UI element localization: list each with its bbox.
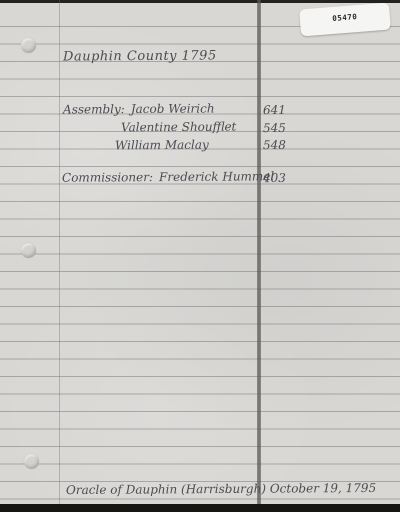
punch-hole (21, 38, 36, 53)
ruled-lines (0, 26, 400, 505)
entry-name: Frederick Hummel (159, 168, 274, 185)
entry-name: William Maclay (115, 137, 209, 154)
commissioner-row: Commissioner: Frederick Hummel (62, 168, 274, 185)
assembly-row: Assembly: Jacob Weirich (63, 100, 215, 117)
vote-count: 548 (263, 137, 286, 153)
vote-count: 403 (263, 170, 286, 186)
scan-edge-top (0, 0, 400, 3)
vote-count: 641 (263, 102, 286, 118)
scan-edge-bottom (0, 504, 400, 512)
punch-hole (24, 454, 39, 469)
sticker-number: 05470 (332, 12, 358, 23)
page-title: Dauphin County 1795 (63, 48, 217, 65)
vertical-divider-line (257, 0, 261, 505)
section-label-commissioner: Commissioner: (62, 169, 153, 186)
entry-name: Valentine Shoufflet (121, 119, 236, 136)
vote-count: 545 (263, 120, 286, 136)
source-citation: Oracle of Dauphin (Harrisburgh) October … (66, 480, 376, 498)
scanned-ledger-page: 05470 Dauphin County 1795 Assembly: Jaco… (0, 0, 400, 512)
punch-hole (21, 243, 36, 258)
entry-name: Jacob Weirich (131, 100, 215, 117)
catalog-sticker: 05470 (299, 3, 391, 37)
left-margin-line (59, 0, 60, 505)
section-label-assembly: Assembly: (63, 101, 125, 117)
